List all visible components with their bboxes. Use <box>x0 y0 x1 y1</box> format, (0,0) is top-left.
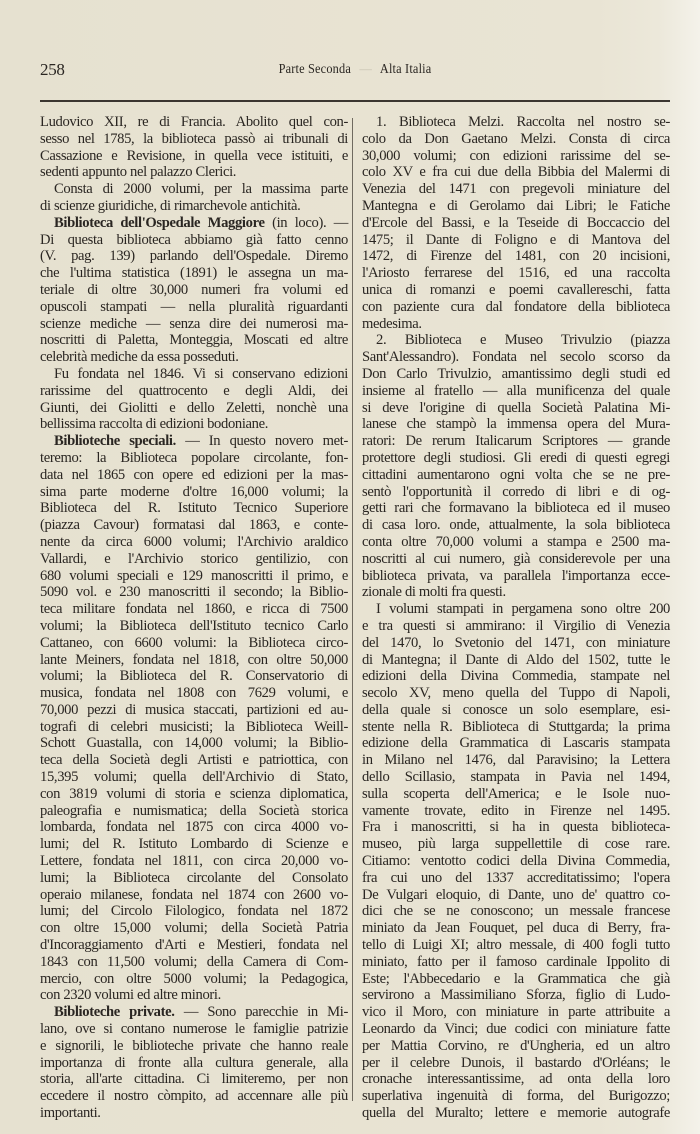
text-line: di scienze giuridiche, di rimarchevole a… <box>40 198 348 215</box>
text-line: d'Incoraggiamento d'Arti e Mestieri, fon… <box>40 937 348 954</box>
line-text: in Milano nel 1476, dal Paravisino; la L… <box>362 752 670 768</box>
line-text: lanese che stampò la immensa opera del M… <box>362 416 670 432</box>
line-text: 1475; il Dante di Foligno e di Mantova d… <box>362 232 670 248</box>
text-line: importanza di fronte alla cultura genera… <box>40 1055 348 1072</box>
line-text: paleografia e numismatica; della Società… <box>40 803 348 819</box>
line-text: della quale si conosce un solo esemplare… <box>362 702 670 718</box>
line-text: del 1470, lo Svetonio del 1471, con mini… <box>362 635 670 651</box>
text-line: Don Carlo Trivulzio, amantissimo degli s… <box>362 366 670 383</box>
line-text: nente da circa 6000 volumi; l'Archivio a… <box>40 534 348 550</box>
text-line: cronache interessantissime, ad onta dell… <box>362 1071 670 1088</box>
text-line: mercio, con oltre 5000 volumi; la Pedago… <box>40 971 348 988</box>
text-line: sima parte moderne d'oltre 16,000 volumi… <box>40 484 348 501</box>
line-text: 70,000 pezzi di musica staccati, partizi… <box>40 702 348 718</box>
line-text: De Vulgari eloquio, di Dante, uno de' qu… <box>362 887 670 903</box>
line-text: noscritti al cui numero, già considerevo… <box>362 551 670 567</box>
line-text: mercio, con oltre 5000 volumi; la Pedago… <box>40 971 348 987</box>
line-text: e signorili, le biblioteche private che … <box>40 1038 348 1054</box>
line-text: cronache interessantissime, ad onta dell… <box>362 1071 670 1087</box>
text-line: importanti. <box>40 1105 348 1122</box>
line-text: per Mattia Corvino, re d'Ungheria, ed un… <box>362 1038 670 1054</box>
line-text: 30,000 volumi; con edizioni rarissime de… <box>362 148 670 164</box>
text-line: lumi; del R. Istituto Lombardo di Scienz… <box>40 836 348 853</box>
line-text: Este; l'Abbecedario e la Grammatica che … <box>362 971 670 987</box>
text-line: Biblioteca dell'Ospedale Maggiore (in lo… <box>40 215 348 232</box>
line-text: bellissima raccolta di edizioni bodonian… <box>40 416 268 432</box>
line-text: lano, ove si contano numerose le famigli… <box>40 1021 348 1037</box>
line-text: Lettere, fondata nel 1811, con circa 20,… <box>40 853 348 869</box>
text-line: 1. Biblioteca Melzi. Raccolta nel nostro… <box>362 114 670 131</box>
text-line: rarissime del quattrocento e degli Aldi,… <box>40 383 348 400</box>
line-text: ratori: De rerum Italicarum Scriptores —… <box>362 433 670 449</box>
text-line: scienze mediche — senza dire dei numeros… <box>40 316 348 333</box>
text-line: 1475; il Dante di Foligno e di Mantova d… <box>362 232 670 249</box>
line-text: vamente trovate, edito in Firenze nel 14… <box>362 803 670 819</box>
line-text: (in loco). — <box>265 215 348 231</box>
text-line: 70,000 pezzi di musica staccati, partizi… <box>40 702 348 719</box>
text-line: in Milano nel 1476, dal Paravisino; la L… <box>362 752 670 769</box>
line-text: con 3819 volumi di storia e scienza dipl… <box>40 786 348 802</box>
text-line: (V. pag. 139) parlando dell'Ospedale. Di… <box>40 248 348 265</box>
line-text: lumi; del R. Istituto Lombardo di Scienz… <box>40 836 348 852</box>
text-line: Biblioteca del R. Istituto Tecnico Super… <box>40 500 348 517</box>
text-line: musica, fondata nel 1808 con 7629 volumi… <box>40 685 348 702</box>
text-line: di casa loro. onde, attualmente, la sola… <box>362 517 670 534</box>
line-text: tografi di celebri musicisti; la Bibliot… <box>40 719 348 735</box>
text-line: Vallardi, e l'Archivio storico gentilizi… <box>40 551 348 568</box>
text-line: vamente trovate, edito in Firenze nel 14… <box>362 803 670 820</box>
running-head-separator: — <box>360 62 372 77</box>
text-line: miniato, fatto per il famoso cardinale I… <box>362 954 670 971</box>
line-text: 1. Biblioteca Melzi. Raccolta nel nostro… <box>376 114 670 130</box>
text-line: per Mattia Corvino, re d'Ungheria, ed un… <box>362 1038 670 1055</box>
text-line: con oltre 15,000 volumi; della Società P… <box>40 920 348 937</box>
section-heading: Biblioteche private. <box>54 1004 175 1020</box>
line-text: importanza di fronte alla cultura genera… <box>40 1055 348 1071</box>
line-text: Vallardi, e l'Archivio storico gentilizi… <box>40 551 348 567</box>
text-line: tello di Luigi XI; altro messale, di 400… <box>362 937 670 954</box>
right-column: 1. Biblioteca Melzi. Raccolta nel nostro… <box>362 114 670 1122</box>
text-line: I volumi stampati in pergamena sono oltr… <box>362 601 670 618</box>
line-text: zionale di molti fra questi. <box>362 584 506 600</box>
text-line: della quale si conosce un solo esemplare… <box>362 702 670 719</box>
line-text: e tra questi si ammirano: il Virgilio di… <box>362 618 670 634</box>
line-text: I volumi stampati in pergamena sono oltr… <box>376 601 670 617</box>
text-line: e signorili, le biblioteche private che … <box>40 1038 348 1055</box>
line-text: museo, più larga suppellettile di cose r… <box>362 836 670 852</box>
text-line: del 1470, lo Svetonio del 1471, con mini… <box>362 635 670 652</box>
line-text: protettore degli studiosi. Gli eredi di … <box>362 450 670 466</box>
text-line: insieme al fratello — alla munificenza d… <box>362 383 670 400</box>
text-line: 1843 con 11,500 volumi; della Camera di … <box>40 954 348 971</box>
line-text: vico il Moro, con miniature in parte att… <box>362 1004 670 1020</box>
text-line: noscritti di Paletta, Monteggia, Moscati… <box>40 332 348 349</box>
line-text: d'Incoraggiamento d'Arti e Mestieri, fon… <box>40 937 348 953</box>
line-text: teca militare fondata nel 1860, e ricca … <box>40 601 348 617</box>
text-line: opuscoli stampati — nella pluralità rigu… <box>40 299 348 316</box>
text-line: volumi; la Biblioteca del R. Conservator… <box>40 668 348 685</box>
text-line: lombarda, fondata nel 1875 con circa 400… <box>40 819 348 836</box>
text-line: sedenti appunto nel palazzo Clerici. <box>40 164 348 181</box>
line-text: 5090 vol. e 230 manoscritti il secondo; … <box>40 584 348 600</box>
left-column: Ludovico XII, re di Francia. Abolito que… <box>40 114 348 1122</box>
text-line: edizione della Grammatica di Lascaris st… <box>362 735 670 752</box>
line-text: con paziente cura dal fondatore della bi… <box>362 299 670 315</box>
text-line: unica di romanzi e poemi cavallereschi, … <box>362 282 670 299</box>
line-text: operaio milanese, fondata nel 1874 con 2… <box>40 887 348 903</box>
text-line: dello Scillasio, stampata in Pavia nel 1… <box>362 769 670 786</box>
text-line: Biblioteche speciali. — In questo novero… <box>40 433 348 450</box>
text-line: zionale di molti fra questi. <box>362 584 670 601</box>
text-line: con 3819 volumi di storia e scienza dipl… <box>40 786 348 803</box>
text-line: noscritti al cui numero, già considerevo… <box>362 551 670 568</box>
text-line: Fra i manoscritti, si ha in questa bibli… <box>362 819 670 836</box>
line-text: Mantegna e di Gerolamo dai Libri; le Fat… <box>362 198 670 214</box>
text-line: lante Meiners, fondata nel 1818, con olt… <box>40 652 348 669</box>
line-text: edizione della Grammatica di Lascaris st… <box>362 735 670 751</box>
line-text: sesso nel 1785, la biblioteca passò ai t… <box>40 131 348 147</box>
page-header: 258 Parte Seconda — Alta Italia <box>40 60 670 82</box>
text-line: 15,395 volumi; quella dell'Archivio di S… <box>40 769 348 786</box>
text-line: protettore degli studiosi. Gli eredi di … <box>362 450 670 467</box>
text-line: Este; l'Abbecedario e la Grammatica che … <box>362 971 670 988</box>
text-line: Fu fondata nel 1846. Vi si conservano ed… <box>40 366 348 383</box>
text-line: biblioteca privata, va parallela l'impor… <box>362 568 670 585</box>
text-line: ratori: De rerum Italicarum Scriptores —… <box>362 433 670 450</box>
text-line: sentò l'opportunità il corredo di libri … <box>362 484 670 501</box>
text-line: 1472, di Firenze del 1481, con 20 incisi… <box>362 248 670 265</box>
text-line: celebrità mediche da essa posseduti. <box>40 349 348 366</box>
text-line: lumi; la Biblioteca circolante del Conso… <box>40 870 348 887</box>
text-line: teca della Società degli Artisti e patri… <box>40 752 348 769</box>
text-line: con paziente cura dal fondatore della bi… <box>362 299 670 316</box>
text-line: e tra questi si ammirano: il Virgilio di… <box>362 618 670 635</box>
text-line: 30,000 volumi; con edizioni rarissime de… <box>362 148 670 165</box>
line-text: Cattaneo, con 6600 volumi: la Biblioteca… <box>40 635 348 651</box>
line-text: importanti. <box>40 1105 101 1121</box>
line-text: dello Scillasio, stampata in Pavia nel 1… <box>362 769 670 785</box>
text-line: conta oltre 70,000 volumi a stampa e 250… <box>362 534 670 551</box>
line-text: celebrità mediche da essa posseduti. <box>40 349 239 365</box>
line-text: Giunti, dei Giolitti e dello Zeletti, no… <box>40 400 348 416</box>
text-line: data nel 1865 con opere ed edizioni per … <box>40 467 348 484</box>
line-text: con 2320 volumi ed altre minori. <box>40 987 221 1003</box>
line-text: servirono a Massimiliano Sforza, figlio … <box>362 987 670 1003</box>
text-line: sesso nel 1785, la biblioteca passò ai t… <box>40 131 348 148</box>
line-text: dici che se ne conoscono; un messale fra… <box>362 903 670 919</box>
running-head: Parte Seconda — Alta Italia <box>78 62 632 78</box>
line-text: eccedere il nostro còmpito, ad accennare… <box>40 1088 348 1104</box>
text-line: museo, più larga suppellettile di cose r… <box>362 836 670 853</box>
text-line: colo XV e fra cui due della Bibbia del M… <box>362 164 670 181</box>
text-line: superlativa ingenuità di forma, del Buri… <box>362 1088 670 1105</box>
text-line: dici che se ne conoscono; un messale fra… <box>362 903 670 920</box>
text-line: Citiamo: ventotto codici della Divina Co… <box>362 853 670 870</box>
line-text: d'Ercole del Bassi, e la Teseide di Bocc… <box>362 215 670 231</box>
text-line: tografi di celebri musicisti; la Bibliot… <box>40 719 348 736</box>
line-text: che l'ultima statistica (1891) le assegn… <box>40 265 348 281</box>
text-line: con 2320 volumi ed altre minori. <box>40 987 348 1004</box>
text-line: getti rari che formavano la biblioteca e… <box>362 500 670 517</box>
line-text: Leonardo da Vinci; due codici con miniat… <box>362 1021 670 1037</box>
text-line: di Mantegna; il Dante di Aldo del 1502, … <box>362 652 670 669</box>
line-text: si deve l'origine di quella Società Pala… <box>362 400 670 416</box>
line-text: quella del Muralto; lettere e memorie au… <box>362 1105 670 1121</box>
text-line: 680 volumi speciali e 129 manoscritti il… <box>40 568 348 585</box>
text-line: teca militare fondata nel 1860, e ricca … <box>40 601 348 618</box>
line-text: stente nella R. Biblioteca di Stuttgarda… <box>362 719 670 735</box>
line-text: Venezia del 1471 con pregevoli miniature… <box>362 181 670 197</box>
text-line: quella del Muralto; lettere e memorie au… <box>362 1105 670 1122</box>
line-text: miniato, fatto per il famoso cardinale I… <box>362 954 670 970</box>
line-text: biblioteca privata, va parallela l'impor… <box>362 568 670 584</box>
line-text: storia, all'arte cittadina. Ci limiterem… <box>40 1071 348 1087</box>
text-line: servirono a Massimiliano Sforza, figlio … <box>362 987 670 1004</box>
line-text: tello di Luigi XI; altro messale, di 400… <box>362 937 670 953</box>
text-line: Di questa biblioteca abbiamo già fatto c… <box>40 232 348 249</box>
page-number: 258 <box>40 60 65 80</box>
running-head-section: Alta Italia <box>380 62 432 77</box>
line-text: di casa loro. onde, attualmente, la sola… <box>362 517 670 533</box>
line-text: 2. Biblioteca e Museo Trivulzio (piazza <box>376 332 670 348</box>
line-text: teriale di oltre 30,000 numeri fra volum… <box>40 282 348 298</box>
line-text: getti rari che formavano la biblioteca e… <box>362 500 670 516</box>
text-line: (piazza Cavour) formatasi dal 1863, e co… <box>40 517 348 534</box>
line-text: — In questo novero met- <box>176 433 348 449</box>
text-line: Mantegna e di Gerolamo dai Libri; le Fat… <box>362 198 670 215</box>
text-line: teremo: la Biblioteca popolare circolant… <box>40 450 348 467</box>
line-text: 1843 con 11,500 volumi; della Camera di … <box>40 954 348 970</box>
text-line: Cattaneo, con 6600 volumi: la Biblioteca… <box>40 635 348 652</box>
line-text: lumi; del Circolo Filologico, fondata ne… <box>40 903 348 919</box>
line-text: 15,395 volumi; quella dell'Archivio di S… <box>40 769 348 785</box>
text-line: miniato da Jean Fouquet, pel duca di Ber… <box>362 920 670 937</box>
text-line: volumi; la Biblioteca dell'Istituto tecn… <box>40 618 348 635</box>
text-line: 5090 vol. e 230 manoscritti il secondo; … <box>40 584 348 601</box>
text-line: lumi; del Circolo Filologico, fondata ne… <box>40 903 348 920</box>
line-text: sima parte moderne d'oltre 16,000 volumi… <box>40 484 348 500</box>
text-line: edizioni della Divina Commedia, stampate… <box>362 668 670 685</box>
text-line: Venezia del 1471 con pregevoli miniature… <box>362 181 670 198</box>
line-text: volumi; la Biblioteca del R. Conservator… <box>40 668 348 684</box>
line-text: di Mantegna; il Dante di Aldo del 1502, … <box>362 652 670 668</box>
running-head-part: Parte Seconda <box>279 62 351 77</box>
line-text: Don Carlo Trivulzio, amantissimo degli s… <box>362 366 670 382</box>
line-text: di scienze giuridiche, di rimarchevole a… <box>40 198 300 214</box>
line-text: lombarda, fondata nel 1875 con circa 400… <box>40 819 348 835</box>
line-text: superlativa ingenuità di forma, del Buri… <box>362 1088 670 1104</box>
line-text: lumi; la Biblioteca circolante del Conso… <box>40 870 348 886</box>
line-text: teca della Società degli Artisti e patri… <box>40 752 348 768</box>
line-text: sulla scoperta dell'America; e le Isole … <box>362 786 670 802</box>
line-text: per il celebre Dunois, il bastardo d'Orl… <box>362 1055 670 1071</box>
text-line: d'Ercole del Bassi, e la Teseide di Bocc… <box>362 215 670 232</box>
section-heading: Biblioteche speciali. <box>54 433 176 449</box>
line-text: edizioni della Divina Commedia, stampate… <box>362 668 670 684</box>
text-line: colo da Don Gaetano Melzi. Consta di cir… <box>362 131 670 148</box>
line-text: Fra i manoscritti, si ha in questa bibli… <box>362 819 670 835</box>
line-text: colo XV e fra cui due della Bibbia del M… <box>362 164 670 180</box>
line-text: cittadini aumentarono ogni volta che se … <box>362 467 670 483</box>
line-text: Citiamo: ventotto codici della Divina Co… <box>362 853 670 869</box>
text-line: si deve l'origine di quella Società Pala… <box>362 400 670 417</box>
line-text: Schott Guastalla, con 14,000 volumi; la … <box>40 735 348 751</box>
text-line: storia, all'arte cittadina. Ci limiterem… <box>40 1071 348 1088</box>
line-text: l'Ariosto ferrarese del 1516, ed una rac… <box>362 265 670 281</box>
line-text: data nel 1865 con opere ed edizioni per … <box>40 467 348 483</box>
line-text: Sant'Alessandro). Fondata nel secolo sco… <box>362 349 670 365</box>
line-text: secolo XV, meno quella del Tuppo di Napo… <box>362 685 670 701</box>
text-line: bellissima raccolta di edizioni bodonian… <box>40 416 348 433</box>
line-text: 1472, di Firenze del 1481, con 20 incisi… <box>362 248 670 264</box>
line-text: miniato da Jean Fouquet, pel duca di Ber… <box>362 920 670 936</box>
header-rule <box>40 100 670 102</box>
line-text: medesima. <box>362 316 422 332</box>
line-text: opuscoli stampati — nella pluralità rigu… <box>40 299 348 315</box>
text-line: che l'ultima statistica (1891) le assegn… <box>40 265 348 282</box>
text-line: Giunti, dei Giolitti e dello Zeletti, no… <box>40 400 348 417</box>
text-line: sulla scoperta dell'America; e le Isole … <box>362 786 670 803</box>
line-text: rarissime del quattrocento e degli Aldi,… <box>40 383 348 399</box>
line-text: Ludovico XII, re di Francia. Abolito que… <box>40 114 348 130</box>
text-line: teriale di oltre 30,000 numeri fra volum… <box>40 282 348 299</box>
text-line: Ludovico XII, re di Francia. Abolito que… <box>40 114 348 131</box>
line-text: sentò l'opportunità il corredo di libri … <box>362 484 670 500</box>
text-line: Sant'Alessandro). Fondata nel secolo sco… <box>362 349 670 366</box>
text-line: stente nella R. Biblioteca di Stuttgarda… <box>362 719 670 736</box>
line-text: fra cui uno del 1337 accreditatissimo; l… <box>362 870 670 886</box>
line-text: Consta di 2000 volumi, per la massima pa… <box>54 181 348 197</box>
text-line: cittadini aumentarono ogni volta che se … <box>362 467 670 484</box>
text-line: 2. Biblioteca e Museo Trivulzio (piazza <box>362 332 670 349</box>
line-text: unica di romanzi e poemi cavallereschi, … <box>362 282 670 298</box>
printer-mark: ˞ <box>391 1110 394 1121</box>
line-text: Fu fondata nel 1846. Vi si conservano ed… <box>54 366 348 382</box>
line-text: — Sono parecchie in Mi- <box>175 1004 348 1020</box>
text-line: Leonardo da Vinci; due codici con miniat… <box>362 1021 670 1038</box>
line-text: volumi; la Biblioteca dell'Istituto tecn… <box>40 618 348 634</box>
text-line: Cassazione e Revisione, in quella vece i… <box>40 148 348 165</box>
line-text: colo da Don Gaetano Melzi. Consta di cir… <box>362 131 670 147</box>
line-text: con oltre 15,000 volumi; della Società P… <box>40 920 348 936</box>
text-line: l'Ariosto ferrarese del 1516, ed una rac… <box>362 265 670 282</box>
line-text: lante Meiners, fondata nel 1818, con olt… <box>40 652 348 668</box>
column-divider <box>352 118 353 1101</box>
line-text: insieme al fratello — alla munificenza d… <box>362 383 670 399</box>
line-text: Biblioteca del R. Istituto Tecnico Super… <box>40 500 348 516</box>
text-line: Lettere, fondata nel 1811, con circa 20,… <box>40 853 348 870</box>
text-line: medesima. <box>362 316 670 333</box>
section-heading: Biblioteca dell'Ospedale Maggiore <box>54 215 265 231</box>
text-line: Schott Guastalla, con 14,000 volumi; la … <box>40 735 348 752</box>
text-line: operaio milanese, fondata nel 1874 con 2… <box>40 887 348 904</box>
line-text: conta oltre 70,000 volumi a stampa e 250… <box>362 534 670 550</box>
line-text: Cassazione e Revisione, in quella vece i… <box>40 148 348 164</box>
text-line: paleografia e numismatica; della Società… <box>40 803 348 820</box>
line-text: scienze mediche — senza dire dei numeros… <box>40 316 348 332</box>
text-line: vico il Moro, con miniature in parte att… <box>362 1004 670 1021</box>
line-text: (V. pag. 139) parlando dell'Ospedale. Di… <box>40 248 348 264</box>
line-text: noscritti di Paletta, Monteggia, Moscati… <box>40 332 348 348</box>
line-text: sedenti appunto nel palazzo Clerici. <box>40 164 236 180</box>
text-line: secolo XV, meno quella del Tuppo di Napo… <box>362 685 670 702</box>
line-text: (piazza Cavour) formatasi dal 1863, e co… <box>40 517 348 533</box>
text-line: per il celebre Dunois, il bastardo d'Orl… <box>362 1055 670 1072</box>
text-line: fra cui uno del 1337 accreditatissimo; l… <box>362 870 670 887</box>
text-line: lanese che stampò la immensa opera del M… <box>362 416 670 433</box>
line-text: 680 volumi speciali e 129 manoscritti il… <box>40 568 348 584</box>
text-line: De Vulgari eloquio, di Dante, uno de' qu… <box>362 887 670 904</box>
text-line: Consta di 2000 volumi, per la massima pa… <box>40 181 348 198</box>
line-text: teremo: la Biblioteca popolare circolant… <box>40 450 348 466</box>
text-line: Biblioteche private. — Sono parecchie in… <box>40 1004 348 1021</box>
text-line: nente da circa 6000 volumi; l'Archivio a… <box>40 534 348 551</box>
text-line: lano, ove si contano numerose le famigli… <box>40 1021 348 1038</box>
text-line: eccedere il nostro còmpito, ad accennare… <box>40 1088 348 1105</box>
line-text: Di questa biblioteca abbiamo già fatto c… <box>40 232 348 248</box>
line-text: musica, fondata nel 1808 con 7629 volumi… <box>40 685 348 701</box>
